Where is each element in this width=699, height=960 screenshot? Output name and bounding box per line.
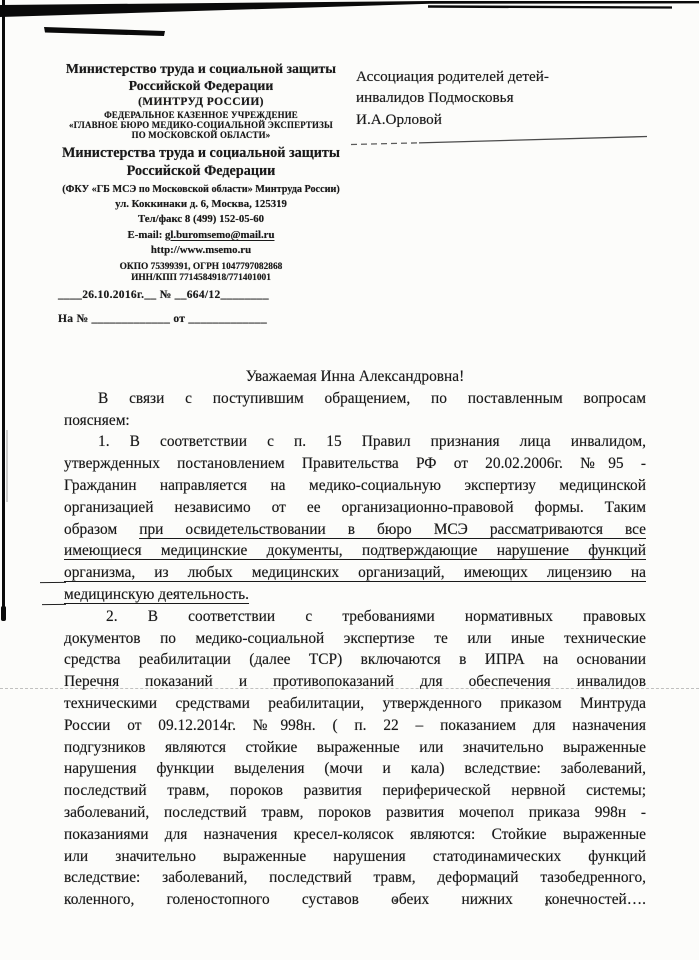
body-line: последствий травм, пороков развития пери…: [64, 780, 646, 802]
body-line: коленного, голеностопного суставов обеих…: [64, 889, 646, 911]
body-line: России от 09.12.2014г. №998н. ( п. 22 – …: [64, 715, 646, 737]
body-line: 2. В соответствии с требованиями нормати…: [64, 606, 646, 628]
body-line: документов по медико-социальной эксперти…: [64, 628, 646, 650]
body-line: заболеваний, последствий травм, пороков …: [64, 802, 646, 824]
body-line: подгузников являются стойкие выраженные …: [64, 737, 646, 759]
postal-address: ул. Коккинаки д. 6, Москва, 125319: [42, 197, 360, 213]
body-line: техническими средствами реабилитации, ут…: [64, 693, 646, 715]
scanned-letter-page: Министерство труда и социальной защиты Р…: [0, 0, 699, 960]
body-line: поясняем:: [64, 410, 646, 432]
scan-artifact-top-bar: [0, 0, 699, 42]
fku-short-name: (ФКУ «ГБ МСЭ по Московской области» Минт…: [42, 183, 360, 197]
body-line: В связи с поступившим обращением, по пос…: [64, 388, 646, 410]
body-line: Перечня показаний и противопоказаний для…: [64, 671, 646, 693]
email-address: gl.buromsemo@mail.ru: [165, 229, 274, 241]
body-line: показаниями для назначения кресел-колясо…: [64, 824, 646, 846]
email-line: E-mail: gl.buromsemo@mail.ru: [42, 228, 360, 244]
email-label: E-mail:: [128, 229, 163, 241]
body-line: нарушения функции выделения (мочи и кала…: [64, 758, 646, 780]
okpo-ogrn-codes: ОКПО 75399391, ОГРН 1047797082868: [42, 262, 360, 274]
body-line-underlined: имеющиеся медицинские документы, подтвер…: [64, 540, 646, 562]
body-line: или значительно выраженные нарушения ста…: [64, 846, 646, 868]
body-line-prefix: образом: [64, 521, 117, 538]
ministry-name-line: Министерство труда и социальной защиты: [42, 61, 360, 78]
body-line-underlined: медицинскую деятельность.: [64, 584, 646, 606]
institution-type: ФЕДЕРАЛЬНОЕ КАЗЕННОЕ УЧРЕЖДЕНИЕ: [42, 110, 360, 120]
letterhead: Министерство труда и социальной защиты Р…: [42, 61, 360, 285]
underlined-text: при освидетельствовании в бюро МСЭ рассм…: [139, 521, 646, 538]
ministry-name-line: Российской Федерации: [42, 78, 360, 95]
salutation: Уважаемая Инна Александровна!: [64, 366, 646, 388]
body-line: образом при освидетельствовании в бюро М…: [64, 519, 646, 541]
addressee-name: И.А.Орловой: [356, 109, 656, 130]
scan-artifact-underline-ext: [40, 582, 66, 584]
bureau-name-line: ПО МОСКОВСКОЙ ОБЛАСТИ»: [42, 130, 360, 140]
addressee-underline: [351, 133, 649, 147]
ministry-name-line: Министерства труда и социальной защиты: [42, 144, 360, 163]
website: http://www.msemo.ru: [42, 243, 360, 259]
body-line: Гражданин направляется на медико-социаль…: [64, 475, 646, 497]
scan-artifact-left-edge: [2, 0, 5, 618]
bureau-name-line: «ГЛАВНОЕ БЮРО МЕДИКО-СОЦИАЛЬНОЙ ЭКСПЕРТИ…: [42, 120, 360, 130]
addressee-line: Ассоциация родителей детей-: [356, 66, 656, 87]
letter-body: Уважаемая Инна Александровна! В связи с …: [64, 366, 646, 911]
ministry-name-line: Российской Федерации: [42, 162, 360, 181]
scan-artifact-left-faint: [6, 430, 8, 502]
inn-kpp-codes: ИНН/КПП 7714584918/771401001: [42, 273, 360, 285]
outgoing-date-number: ____26.10.2016г.__ № __664/12________: [58, 289, 269, 301]
incoming-reference: На № _____________ от _____________: [58, 313, 267, 325]
body-line: утвержденных постановлением Правительств…: [64, 453, 646, 475]
ministry-abbr: (МИНТРУД РОССИИ): [42, 94, 360, 110]
body-line: вследствие: заболеваний, последствий тра…: [64, 867, 646, 889]
body-line: 1. В соответствии с п. 15 Правил признан…: [64, 431, 646, 453]
addressee-block: Ассоциация родителей детей- инвалидов По…: [356, 66, 656, 130]
phone-fax: Тел/факс 8 (499) 152-05-60: [42, 212, 360, 228]
addressee-line: инвалидов Подмосковья: [356, 87, 656, 108]
body-line: средства реабилитации (далее ТСР) включа…: [64, 649, 646, 671]
body-line: организацией независимо от ее организаци…: [64, 497, 646, 519]
body-line-underlined: организма, из любых медицинских организа…: [64, 562, 646, 584]
scan-artifact-underline-ext: [42, 604, 66, 606]
scan-artifact-left-blob: [1, 606, 6, 621]
